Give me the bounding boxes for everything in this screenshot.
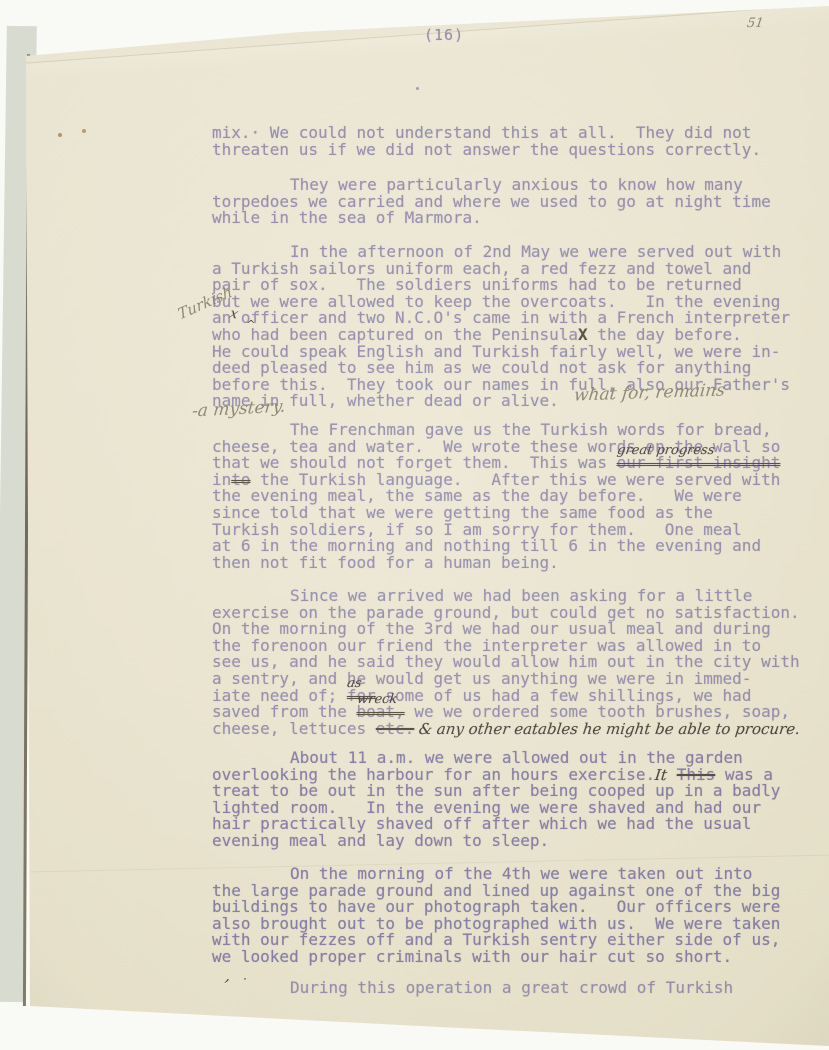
typed-text: During this operation a great crowd of T… <box>290 978 733 997</box>
handwritten-text: & any other eatables he might be able to… <box>413 721 801 738</box>
folio-number: 51 <box>746 16 765 31</box>
typed-text: we we ordered some tooth brushes, soap, <box>405 702 790 721</box>
page: (16) mix.· We could not understand this … <box>0 0 829 1050</box>
typed-line: During this operation a great crowd of T… <box>212 980 733 997</box>
handwritten-correction: great progress <box>615 443 715 460</box>
corrected-word: boat,wreck <box>357 704 405 721</box>
insertion-caret: ^ <box>245 318 256 331</box>
typed-text: evening meal and lay down to sleep. <box>212 831 549 850</box>
struck-text: etc. <box>376 719 415 738</box>
typed-line: cheese, lettuces etc. & any other eatabl… <box>212 721 800 738</box>
paragraph: On the morning of the 4th we were taken … <box>212 866 780 966</box>
scanned-document: (16) mix.· We could not understand this … <box>0 0 829 1050</box>
typed-line: evening meal and lay down to sleep. <box>212 833 780 850</box>
pinhole <box>82 129 86 133</box>
typed-text: we looked proper criminals with our hair… <box>212 947 732 966</box>
handwritten-correction: as <box>346 676 363 693</box>
typed-text: while in the sea of Marmora. <box>212 208 482 227</box>
note-a-mystery: -a mystery. <box>191 396 286 421</box>
handwritten-correction: wreck <box>355 692 398 709</box>
paragraph: mix.· We could not understand this at al… <box>212 125 761 158</box>
paragraph: The Frenchman gave us the Turkish words … <box>212 422 780 571</box>
ink-dot <box>416 87 419 90</box>
paragraph: They were particularly anxious to know h… <box>212 177 771 227</box>
paragraph: Since we arrived we had been asking for … <box>212 588 800 737</box>
paper-crease <box>8 3 829 95</box>
typed-line: we looked proper criminals with our hair… <box>212 949 780 966</box>
typed-line: threaten us if we did not answer the que… <box>212 142 761 159</box>
typed-line: while in the sea of Marmora. <box>212 210 771 227</box>
paragraph: About 11 a.m. we were allowed out in the… <box>212 750 780 850</box>
typed-text: threaten us if we did not answer the que… <box>212 140 761 159</box>
typed-line: then not fit food for a human being. <box>212 555 780 572</box>
handwritten-text: It <box>654 767 668 784</box>
corrected-word: our first insightgreat progress <box>617 455 781 472</box>
typed-text: then not fit food for a human being. <box>212 553 559 572</box>
pinhole <box>58 133 62 137</box>
typed-text: cheese, lettuces <box>212 719 376 738</box>
page-number: (16) <box>424 26 464 44</box>
paragraph: During this operation a great crowd of T… <box>212 980 733 997</box>
